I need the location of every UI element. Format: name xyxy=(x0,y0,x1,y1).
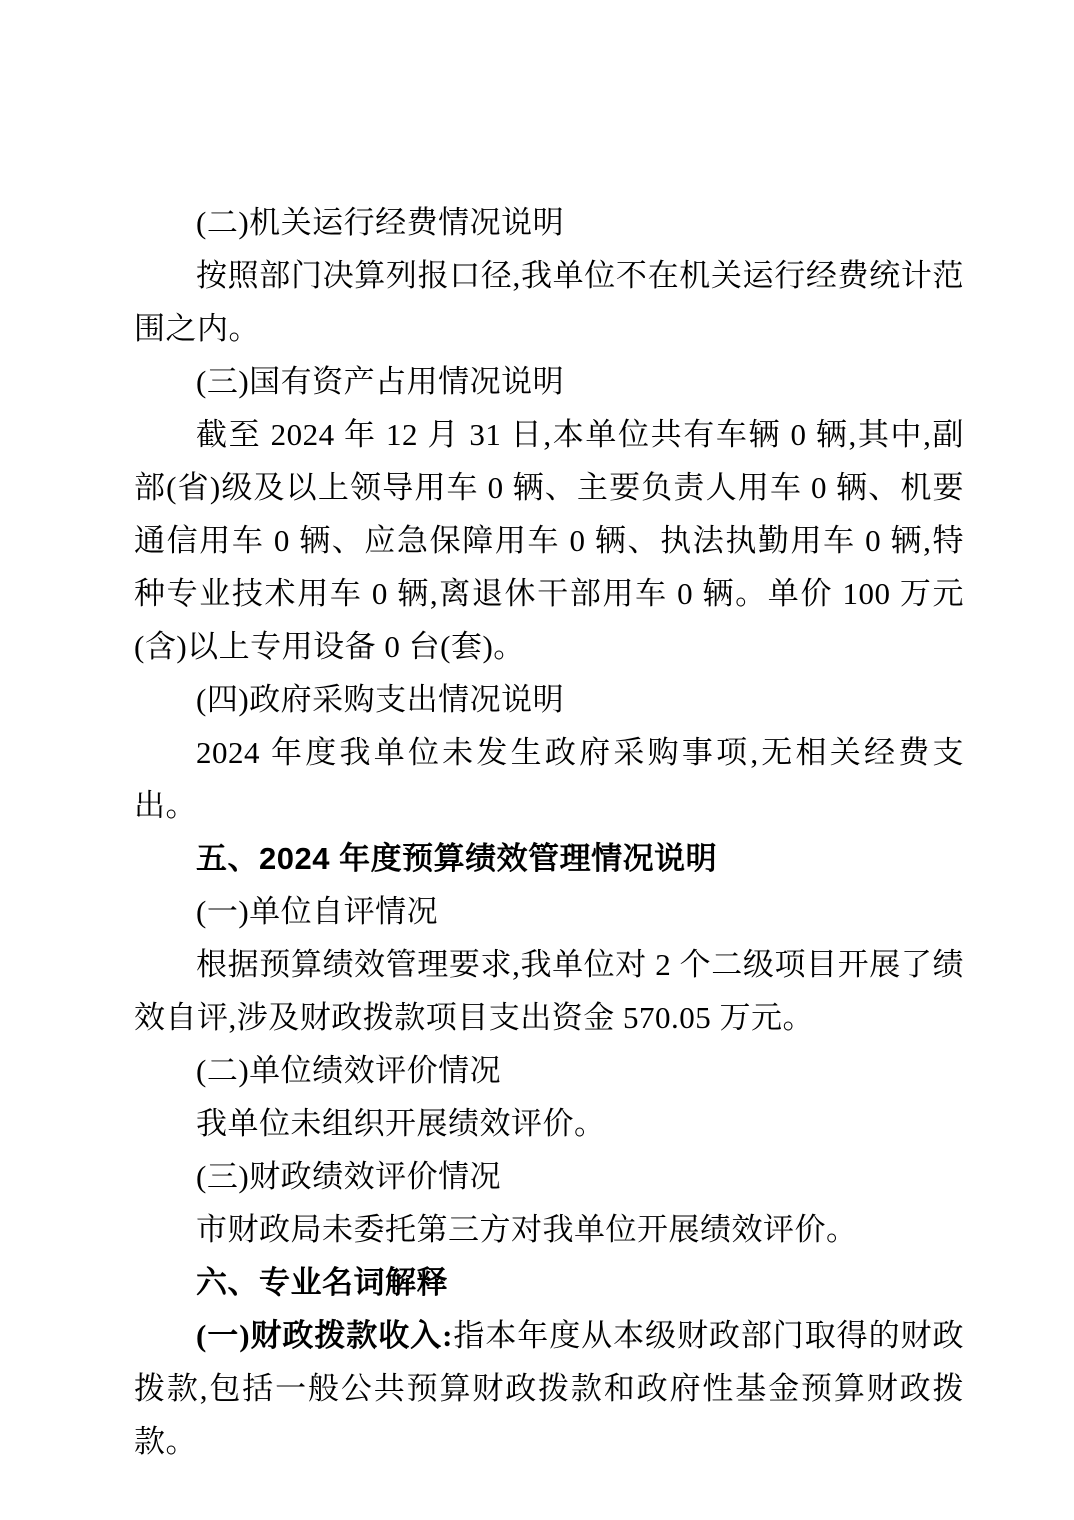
para-unit-performance-evaluation: 我单位未组织开展绩效评价。 xyxy=(134,1097,964,1150)
para-term-fiscal-appropriation-income: (一)财政拨款收入:指本年度从本级财政部门取得的财政拨款,包括一般公共预算财政拨… xyxy=(134,1309,964,1468)
term-fiscal-appropriation-income: (一)财政拨款收入: xyxy=(196,1318,453,1353)
para-agency-operating-funds: 按照部门决算列报口径,我单位不在机关运行经费统计范围之内。 xyxy=(134,249,964,355)
heading-gov-procurement: (四)政府采购支出情况说明 xyxy=(134,673,964,726)
para-fiscal-performance-evaluation: 市财政局未委托第三方对我单位开展绩效评价。 xyxy=(134,1203,964,1256)
heading-self-evaluation: (一)单位自评情况 xyxy=(134,885,964,938)
para-gov-procurement: 2024 年度我单位未发生政府采购事项,无相关经费支出。 xyxy=(134,726,964,832)
heading-section-6-terminology: 六、专业名词解释 xyxy=(134,1256,964,1309)
heading-state-assets-usage: (三)国有资产占用情况说明 xyxy=(134,355,964,408)
heading-agency-operating-funds: (二)机关运行经费情况说明 xyxy=(134,196,964,249)
heading-section-5-performance-management: 五、2024 年度预算绩效管理情况说明 xyxy=(134,832,964,885)
document-page: (二)机关运行经费情况说明 按照部门决算列报口径,我单位不在机关运行经费统计范围… xyxy=(0,0,1074,1520)
heading-unit-performance-evaluation: (二)单位绩效评价情况 xyxy=(134,1044,964,1097)
heading-fiscal-performance-evaluation: (三)财政绩效评价情况 xyxy=(134,1150,964,1203)
para-self-evaluation: 根据预算绩效管理要求,我单位对 2 个二级项目开展了绩效自评,涉及财政拨款项目支… xyxy=(134,938,964,1044)
para-state-assets-usage: 截至 2024 年 12 月 31 日,本单位共有车辆 0 辆,其中,副部(省)… xyxy=(134,408,964,673)
